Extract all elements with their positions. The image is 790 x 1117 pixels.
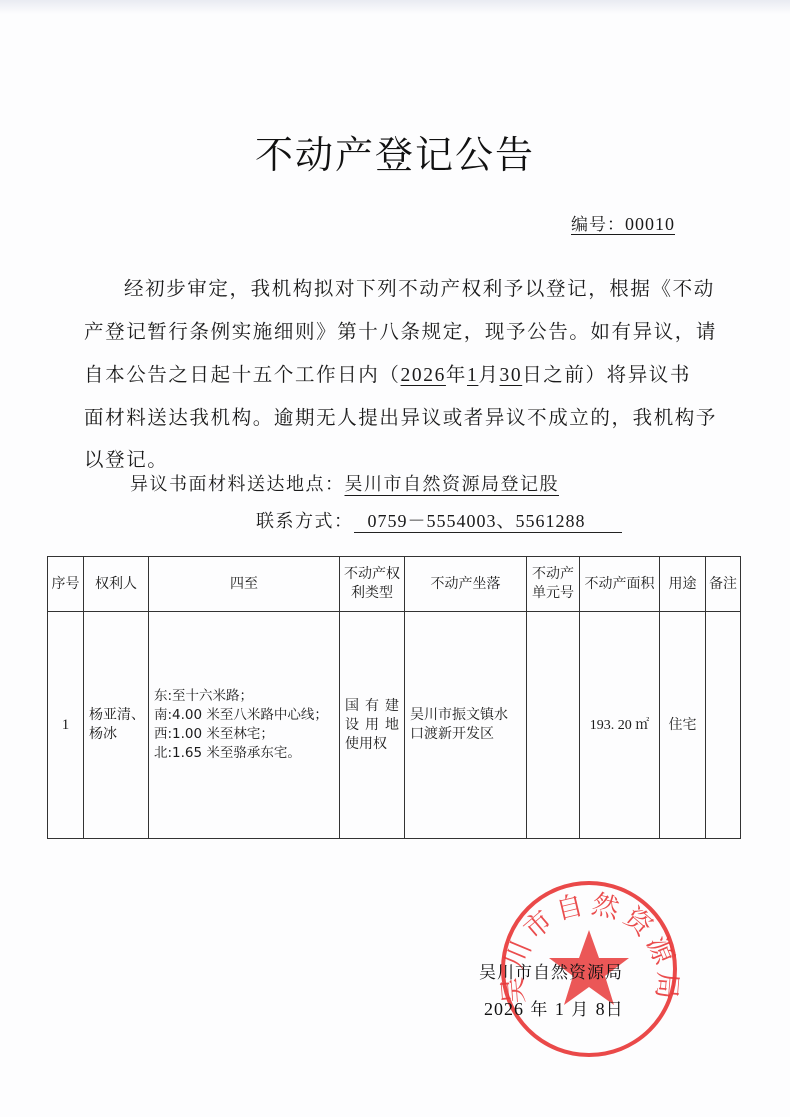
deadline-year: 2026 — [401, 365, 446, 386]
contact-phone: 0759－5554003、5561288 — [354, 510, 622, 533]
cell-boundaries: 东:至十六米路； 南:4.00 米至八米路中心线； 西:1.00 米至林宅； 北… — [149, 612, 340, 839]
deadline-month: 1 — [467, 365, 478, 386]
cell-holders: 杨亚清、 杨冰 — [84, 612, 149, 839]
document-number: 编号：00010 — [571, 210, 675, 235]
issue-month: 1 — [555, 999, 565, 1019]
issue-month-char: 月 — [571, 1000, 589, 1020]
header-holder: 权利人 — [84, 557, 149, 612]
body-line-1: 经初步审定，我机构拟对下列不动产权利予以登记，根据《不动 — [124, 273, 715, 301]
header-right-type-line-1: 不动产权 — [340, 565, 404, 584]
header-unit-no-line-1: 不动产 — [527, 565, 579, 584]
boundary-south: 南:4.00 米至八米路中心线； — [154, 706, 339, 725]
body-line-3-suffix: 日之前）将异议书 — [522, 363, 691, 386]
location-line-2: 口渡新开发区 — [410, 725, 526, 744]
header-usage: 用途 — [660, 557, 706, 612]
boundary-west: 西:1.00 米至林宅； — [154, 725, 339, 744]
issue-day: 8 — [596, 999, 606, 1019]
page-title: 不动产登记公告 — [0, 124, 790, 179]
month-char: 月 — [478, 363, 499, 386]
boundary-north: 北:1.65 米至骆承东宅。 — [154, 744, 339, 763]
header-unit-no-line-2: 单元号 — [527, 584, 579, 603]
holder-line-1: 杨亚清、 — [89, 706, 148, 725]
document-number-value: 00010 — [625, 214, 675, 234]
cell-area: 193. 20 ㎡ — [580, 612, 660, 839]
header-right-type: 不动产权 利类型 — [340, 557, 405, 612]
table-row: 1 杨亚清、 杨冰 东:至十六米路； 南:4.00 米至八米路中心线； 西:1.… — [48, 612, 741, 839]
objection-address: 异议书面材料送达地点：吴川市自然资源局登记股 — [130, 470, 559, 496]
objection-address-value: 吴川市自然资源局登记股 — [345, 474, 560, 495]
contact-label: 联系方式： — [256, 511, 354, 532]
issue-year-char: 年 — [530, 1000, 548, 1020]
cell-usage: 住宅 — [660, 612, 706, 839]
header-area: 不动产面积 — [580, 557, 660, 612]
contact-info: 联系方式：0759－5554003、5561288 — [256, 507, 622, 533]
scan-edge-shadow — [0, 0, 790, 14]
body-line-3: 自本公告之日起十五个工作日内（2026年1月30日之前）将异议书 — [84, 359, 691, 387]
body-line-2: 产登记暂行条例实施细则》第十八条规定，现予公告。如有异议，请 — [84, 316, 717, 344]
year-char: 年 — [446, 363, 467, 386]
issue-year: 2026 — [484, 999, 524, 1019]
right-type-line-3: 使用权 — [340, 735, 404, 754]
issue-date: 2026 年 1 月 8日 — [484, 995, 624, 1020]
holder-line-2: 杨冰 — [89, 725, 148, 744]
header-location: 不动产坐落 — [405, 557, 527, 612]
deadline-day: 30 — [500, 365, 523, 386]
header-unit-no: 不动产 单元号 — [527, 557, 580, 612]
objection-address-label: 异议书面材料送达地点： — [130, 474, 345, 495]
cell-right-type: 国有建 设用地 使用权 — [340, 612, 405, 839]
cell-unit-no — [527, 612, 580, 839]
cell-location: 吴川市振文镇水 口渡新开发区 — [405, 612, 527, 839]
right-type-line-2: 设用地 — [340, 716, 404, 735]
body-line-4: 面材料送达我机构。逾期无人提出异议或者异议不成立的，我机构予 — [84, 402, 717, 430]
body-line-3-prefix: 自本公告之日起十五个工作日内（ — [84, 363, 401, 386]
right-type-line-1: 国有建 — [340, 697, 404, 716]
boundary-east: 东:至十六米路； — [154, 687, 339, 706]
cell-remark — [706, 612, 741, 839]
header-index: 序号 — [48, 557, 84, 612]
issuer-name: 吴川市自然资源局 — [479, 958, 623, 983]
table-header-row: 序号 权利人 四至 不动产权 利类型 不动产坐落 不动产 单元号 不动产面积 用… — [48, 557, 741, 612]
header-boundaries: 四至 — [149, 557, 340, 612]
header-remark: 备注 — [706, 557, 741, 612]
cell-index: 1 — [48, 612, 84, 839]
body-line-5: 以登记。 — [84, 444, 168, 472]
issue-day-char: 日 — [606, 1000, 624, 1020]
header-right-type-line-2: 利类型 — [340, 584, 404, 603]
document-number-label: 编号： — [571, 215, 625, 235]
location-line-1: 吴川市振文镇水 — [410, 706, 526, 725]
registration-table: 序号 权利人 四至 不动产权 利类型 不动产坐落 不动产 单元号 不动产面积 用… — [47, 556, 741, 839]
